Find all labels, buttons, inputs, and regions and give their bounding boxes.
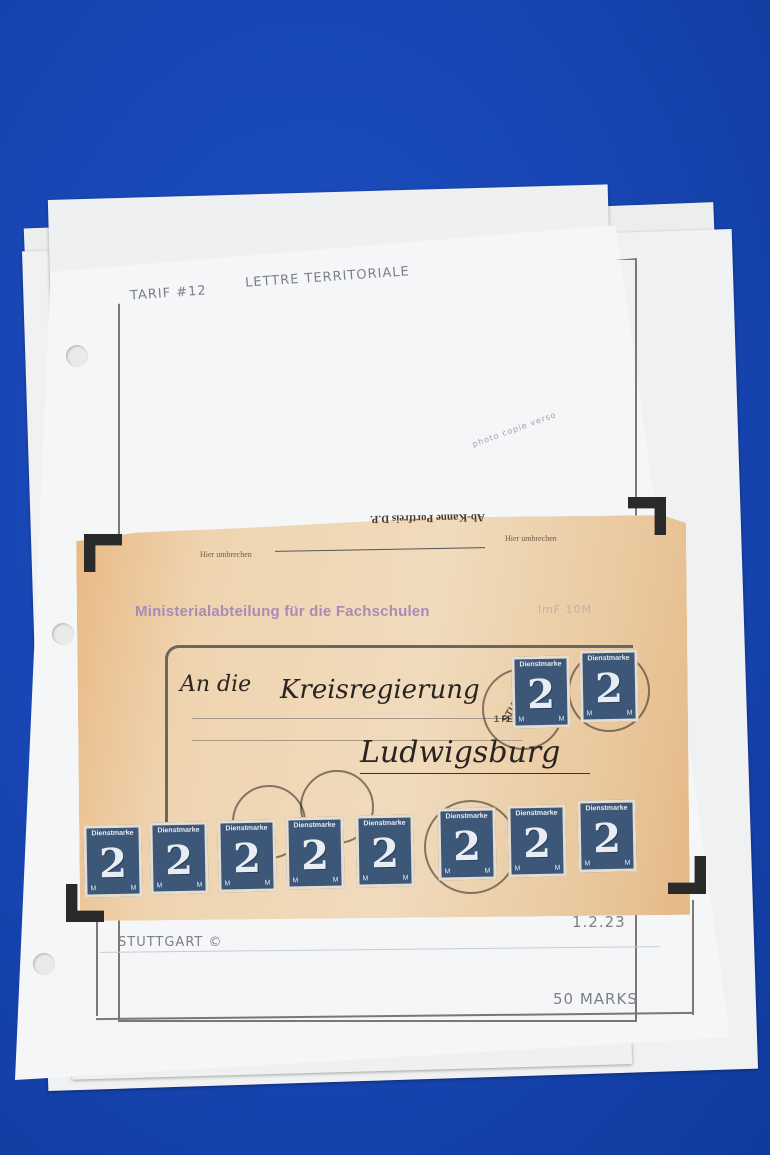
- address-prefix: An die: [180, 672, 251, 697]
- stamp-unit: M: [197, 882, 203, 889]
- stamp-unit: M: [333, 877, 339, 884]
- stamp-unit: M: [625, 860, 631, 867]
- stamp-value: 2: [583, 665, 636, 713]
- punch-hole: [33, 953, 55, 975]
- stamp-unit: M: [362, 875, 368, 882]
- stamp-unit: M: [292, 877, 298, 884]
- upside-down-print: Ab-Kanne Portfreis D.P.: [370, 511, 485, 525]
- stamp-unit: M: [586, 710, 592, 717]
- stamp-unit: M: [224, 880, 230, 887]
- stamp-unit: M: [584, 860, 590, 867]
- dienstmarke-stamp: Dienstmarke2MM: [285, 816, 344, 889]
- stamp-label: Dienstmarke: [580, 805, 632, 813]
- page-frame-right: [692, 900, 694, 1015]
- stamp-value: 2: [511, 820, 564, 868]
- stamp-value: 2: [87, 840, 140, 888]
- address-line: [192, 718, 522, 719]
- stamp-unit: M: [403, 875, 409, 882]
- fold-label-right: Hier umbrechen: [505, 534, 557, 543]
- stamp-label: Dienstmarke: [358, 820, 410, 828]
- stamp-label: Dienstmarke: [440, 813, 492, 821]
- stamp-unit: M: [518, 716, 524, 723]
- rate-label: 50 MARKS: [553, 990, 638, 1008]
- dienstmarke-stamp: Dienstmarke2MM: [149, 821, 208, 894]
- address-underline: [360, 773, 590, 774]
- stamp-value: 2: [441, 823, 494, 871]
- stamp-unit: M: [156, 882, 162, 889]
- dienstmarke-stamp: Dienstmarke2MM: [511, 655, 570, 728]
- stamp-unit: M: [627, 710, 633, 717]
- page-frame-left: [96, 918, 98, 1016]
- stamp-unit: M: [90, 885, 96, 892]
- fold-label-left: Hier umbrechen: [200, 550, 252, 559]
- dienstmarke-stamp: Dienstmarke2MM: [577, 799, 636, 872]
- stamp-value: 2: [153, 837, 206, 885]
- stamp-label: Dienstmarke: [582, 655, 634, 663]
- stamp-label: Dienstmarke: [220, 825, 272, 833]
- stamp-unit: M: [555, 865, 561, 872]
- stamp-label: Dienstmarke: [86, 830, 138, 838]
- dienstmarke-stamp: Dienstmarke2MM: [83, 824, 142, 897]
- dienstmarke-stamp: Dienstmarke2MM: [217, 819, 276, 892]
- stamp-unit: M: [444, 868, 450, 875]
- stamp-label: Dienstmarke: [514, 661, 566, 669]
- address-recipient: Kreisregierung: [280, 675, 480, 705]
- stamp-label: Dienstmarke: [288, 822, 340, 830]
- dienstmarke-stamp: Dienstmarke2MM: [507, 804, 566, 877]
- pencil-annotation: lmF 10M: [538, 603, 592, 616]
- dienstmarke-stamp: Dienstmarke2MM: [437, 807, 496, 880]
- sender-stamp: Ministerialabteilung für die Fachschulen: [135, 603, 430, 620]
- stamp-value: 2: [289, 832, 342, 880]
- stamp-value: 2: [221, 835, 274, 883]
- dienstmarke-stamp: Dienstmarke2MM: [355, 814, 414, 887]
- stamp-value: 2: [359, 830, 412, 878]
- stamp-label: Dienstmarke: [510, 810, 562, 818]
- location-label: STUTTGART ©: [118, 935, 223, 950]
- stamp-unit: M: [265, 880, 271, 887]
- stamp-unit: M: [514, 865, 520, 872]
- stamp-unit: M: [485, 868, 491, 875]
- punch-hole: [52, 623, 74, 645]
- stamp-unit: M: [131, 885, 137, 892]
- stamp-value: 2: [515, 671, 568, 719]
- stamp-unit: M: [559, 716, 565, 723]
- stamp-label: Dienstmarke: [152, 827, 204, 835]
- dienstmarke-stamp: Dienstmarke2MM: [579, 649, 638, 722]
- punch-hole: [66, 345, 88, 367]
- stamp-value: 2: [581, 815, 634, 863]
